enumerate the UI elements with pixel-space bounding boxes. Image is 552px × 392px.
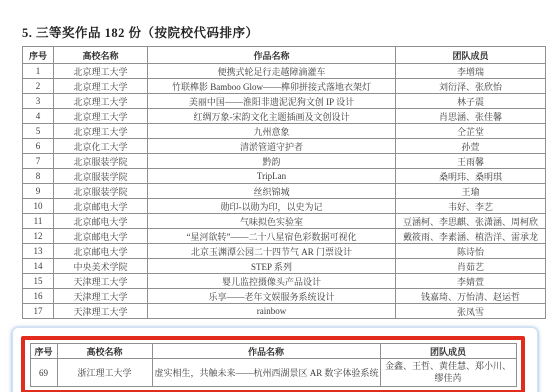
cell-members: 孙萱 [396,139,546,154]
cell-work: 虚实相生，共触未来——杭州西湖景区 AR 数字体验系统 [152,359,380,387]
cell-work: rainbow [148,304,396,319]
cell-members: 仝芷堂 [396,124,546,139]
table-row: 10北京邮电大学勋印-以勋为印，以史为记韦好、李艺 [23,199,546,214]
cell-members: 王雨馨 [396,154,546,169]
highlighted-award-table: 序号 高校名称 作品名称 团队成员 69浙江理工大学虚实相生，共触未来——杭州西… [30,343,517,387]
section-title: 5. 三等奖作品 182 份（按院校代码排序） [22,23,259,41]
table-row: 3北京理工大学美丽中国——淮阳非遗泥泥狗文创 IP 设计林子震 [23,94,546,109]
cell-no: 2 [23,79,54,94]
cell-work: 气味拟色实验室 [148,214,396,229]
cell-members: 肖思涵、张佳馨 [396,109,546,124]
cell-no: 8 [23,169,54,184]
cell-no: 3 [23,94,54,109]
table-row: 16天津理工大学乐享——老年文娱服务系统设计钱嘉琦、万怡清、赵运哲 [23,289,546,304]
cell-school: 天津理工大学 [54,274,148,289]
cell-members: 钱嘉琦、万怡清、赵运哲 [396,289,546,304]
header-members: 团队成员 [396,47,546,64]
table-row: 2北京理工大学竹联榫影 Bamboo Glow——榫卯拼接式落地衣架灯刘衍泽、张… [23,79,546,94]
cell-no: 16 [23,289,54,304]
cell-school: 北京服装学院 [54,184,148,199]
cell-no: 17 [23,304,54,319]
table-row: 14中央美术学院STEP 系列肖茹艺 [23,259,546,274]
cell-no: 14 [23,259,54,274]
cell-school: 中央美术学院 [54,259,148,274]
cell-members: 戴筱雨、李素涵、植浩洋、雷承龙 [396,229,546,244]
cell-no: 15 [23,274,54,289]
cell-school: 天津理工大学 [54,289,148,304]
table-row: 17天津理工大学rainbow张凤雪 [23,304,546,319]
awards-table: 序号 高校名称 作品名称 团队成员 1北京理工大学便携式轮足行走越障滴灌车李增瑞… [22,46,546,319]
cell-work: 红绸万象-宋韵文化主题插画及文创设计 [148,109,396,124]
cell-work: 丝织锦城 [148,184,396,199]
cell-members: 李增瑞 [396,64,546,79]
cell-school: 北京邮电大学 [54,214,148,229]
cell-school: 天津理工大学 [54,304,148,319]
highlighted-table-body: 69浙江理工大学虚实相生，共触未来——杭州西湖景区 AR 数字体验系统金鑫、王哲… [30,359,516,387]
cell-work: 勋印-以勋为印，以史为记 [148,199,396,214]
table-row: 5北京理工大学九州意象仝芷堂 [23,124,546,139]
header-work: 作品名称 [148,47,396,64]
cell-work: “星河欲转”——二十八星宿色彩数据可视化 [148,229,396,244]
cell-work: 北京玉渊潭公园二十四节气 AR 门票设计 [148,244,396,259]
cell-members: 刘衍泽、张欣怡 [396,79,546,94]
cell-school: 北京理工大学 [54,109,148,124]
highlighted-table-header-row: 序号 高校名称 作品名称 团队成员 [30,344,516,359]
cell-members: 金鑫、王哲、黄佳慧、郑小川、缪佳芮 [380,359,516,387]
cell-school: 浙江理工大学 [57,359,152,387]
cell-members: 豆涵柯、李思麒、张潇涵、周柯欣 [396,214,546,229]
cell-members: 林子震 [396,94,546,109]
table-row: 8北京服装学院TripLan桑明玮、桑明琪 [23,169,546,184]
cell-no: 1 [23,64,54,79]
table-row: 13北京邮电大学北京玉渊潭公园二十四节气 AR 门票设计陈诗怡 [23,244,546,259]
header-school: 高校名称 [54,47,148,64]
cell-no: 69 [30,359,57,387]
table-row: 11北京邮电大学气味拟色实验室豆涵柯、李思麒、张潇涵、周柯欣 [23,214,546,229]
cell-school: 北京服装学院 [54,154,148,169]
header-work: 作品名称 [152,344,380,359]
cell-work: 黔韵 [148,154,396,169]
cell-school: 北京邮电大学 [54,199,148,214]
cell-no: 6 [23,139,54,154]
header-members: 团队成员 [380,344,516,359]
cell-no: 13 [23,244,54,259]
red-annotation-frame: 序号 高校名称 作品名称 团队成员 69浙江理工大学虚实相生，共触未来——杭州西… [21,336,525,392]
cell-members: 肖茹艺 [396,259,546,274]
header-no: 序号 [30,344,57,359]
document-page: { "page": { "title": "5. 三等奖作品 182 份（按院校… [0,0,552,392]
cell-no: 7 [23,154,54,169]
cell-school: 北京邮电大学 [54,244,148,259]
cell-no: 4 [23,109,54,124]
cell-members: 张凤雪 [396,304,546,319]
cell-work: STEP 系列 [148,259,396,274]
cell-school: 北京理工大学 [54,79,148,94]
awards-table-body: 1北京理工大学便携式轮足行走越障滴灌车李增瑞2北京理工大学竹联榫影 Bamboo… [23,64,546,319]
cell-school: 北京理工大学 [54,94,148,109]
cell-members: 韦好、李艺 [396,199,546,214]
cell-no: 9 [23,184,54,199]
header-school: 高校名称 [57,344,152,359]
table-row: 7北京服装学院黔韵王雨馨 [23,154,546,169]
cell-no: 10 [23,199,54,214]
cell-members: 王瑜 [396,184,546,199]
cell-work: 婴儿监控摄像头产品设计 [148,274,396,289]
table-row: 9北京服装学院丝织锦城王瑜 [23,184,546,199]
cell-work: 竹联榫影 Bamboo Glow——榫卯拼接式落地衣架灯 [148,79,396,94]
cell-work: 便携式轮足行走越障滴灌车 [148,64,396,79]
cell-no: 5 [23,124,54,139]
cell-work: 九州意象 [148,124,396,139]
cell-school: 北京化工大学 [54,139,148,154]
cell-no: 11 [23,214,54,229]
cell-no: 12 [23,229,54,244]
table-row: 12北京邮电大学“星河欲转”——二十八星宿色彩数据可视化戴筱雨、李素涵、植浩洋、… [23,229,546,244]
cell-work: 清淤管道守护者 [148,139,396,154]
table-row: 4北京理工大学红绸万象-宋韵文化主题插画及文创设计肖思涵、张佳馨 [23,109,546,124]
table-row: 15天津理工大学婴儿监控摄像头产品设计李婧萱 [23,274,546,289]
cell-work: 美丽中国——淮阳非遗泥泥狗文创 IP 设计 [148,94,396,109]
table-row: 6北京化工大学清淤管道守护者孙萱 [23,139,546,154]
cell-members: 陈诗怡 [396,244,546,259]
cell-work: 乐享——老年文娱服务系统设计 [148,289,396,304]
cell-school: 北京理工大学 [54,124,148,139]
table-row: 1北京理工大学便携式轮足行走越障滴灌车李增瑞 [23,64,546,79]
cell-school: 北京理工大学 [54,64,148,79]
cell-work: TripLan [148,169,396,184]
table-row: 69浙江理工大学虚实相生，共触未来——杭州西湖景区 AR 数字体验系统金鑫、王哲… [30,359,516,387]
cell-school: 北京邮电大学 [54,229,148,244]
header-no: 序号 [23,47,54,64]
cell-members: 李婧萱 [396,274,546,289]
awards-table-header-row: 序号 高校名称 作品名称 团队成员 [23,47,546,64]
cell-school: 北京服装学院 [54,169,148,184]
cell-members: 桑明玮、桑明琪 [396,169,546,184]
